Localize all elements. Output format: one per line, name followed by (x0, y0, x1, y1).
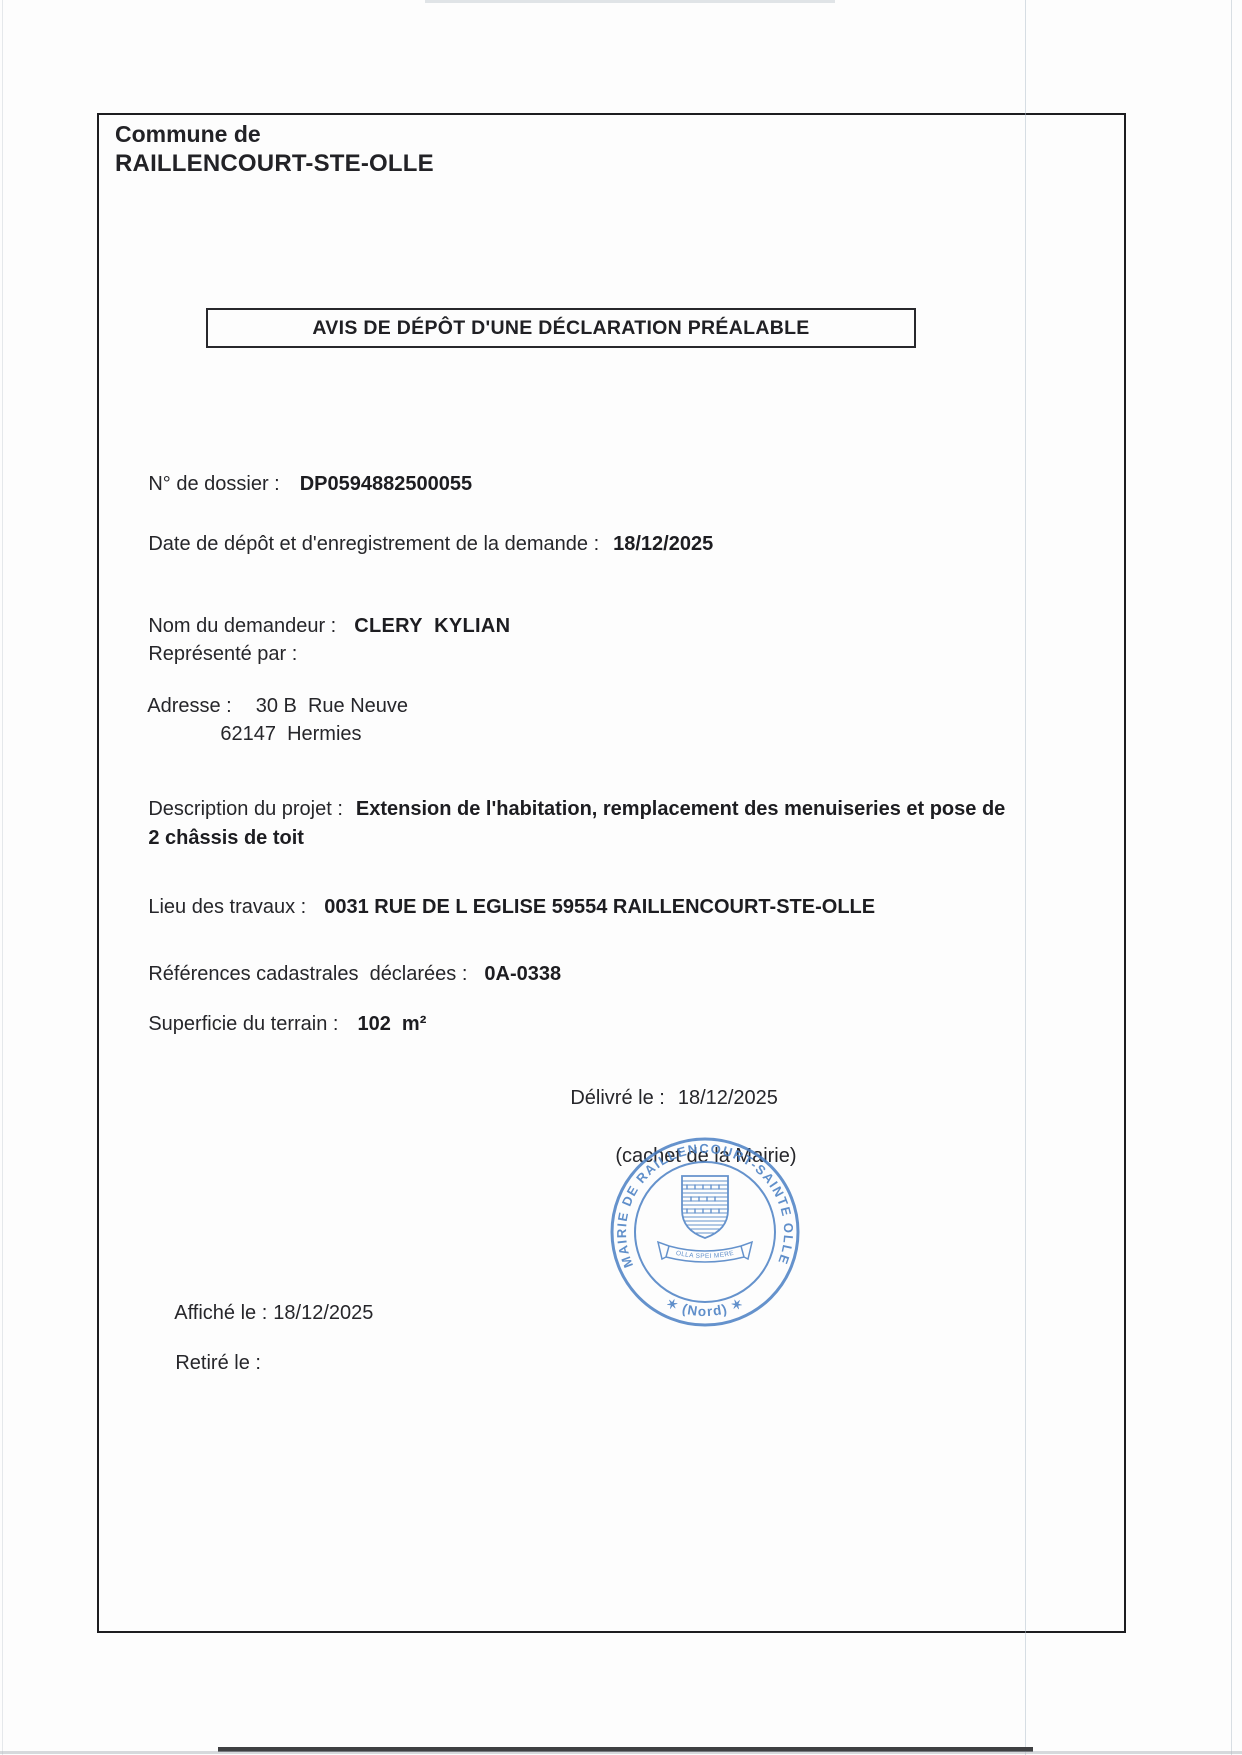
represente-label: Représenté par : (148, 643, 297, 665)
svg-text:✶ (Nord) ✶: ✶ (Nord) ✶ (664, 1295, 746, 1319)
commune-header: Commune de RAILLENCOURT-STE-OLLE (115, 119, 434, 179)
lieu-label: Lieu des travaux : (148, 896, 306, 918)
scanned-document-page: Commune de RAILLENCOURT-STE-OLLE AVIS DE… (0, 0, 1242, 1755)
stamp-outer-circle (612, 1139, 798, 1325)
commune-label: Commune de (115, 119, 434, 149)
demandeur-value: CLERY KYLIAN (354, 615, 510, 637)
description-value-line1: Extension de l'habitation, remplacement … (356, 798, 1005, 820)
cadastre-value: 0A-0338 (484, 963, 561, 985)
field-date-depot: Date de dépôt et d'enregistrement de la … (115, 505, 713, 583)
retire-label: Retiré le : (175, 1352, 261, 1374)
delivre-label: Délivré le : (570, 1087, 664, 1109)
dossier-label: N° de dossier : (148, 473, 279, 495)
delivre-value: 18/12/2025 (678, 1087, 778, 1109)
stamp-shield-hatching (682, 1181, 728, 1233)
commune-name: RAILLENCOURT-STE-OLLE (115, 149, 434, 179)
scan-artifact-vertical-line (2, 0, 3, 1755)
lieu-value: 0031 RUE DE L EGLISE 59554 RAILLENCOURT-… (324, 896, 875, 918)
affiche-label: Affiché le : (174, 1302, 267, 1324)
stamp-inner-circle (635, 1162, 775, 1302)
cadastre-label: Références cadastrales déclarées : (148, 963, 467, 985)
date-depot-value: 18/12/2025 (613, 533, 713, 555)
stamp-ring-text-bottom: ✶ (Nord) ✶ (664, 1295, 746, 1319)
stamp-banner-icon (658, 1242, 752, 1262)
description-value-line2: 2 châssis de toit (148, 827, 304, 849)
field-adresse-line2: 62147 Hermies (187, 695, 362, 773)
scan-artifact-vertical-line (1231, 0, 1232, 1755)
superficie-value: 102 m² (357, 1013, 426, 1035)
mairie-stamp: MAIRIE DE RAILLENCOURT-SAINTE OLLE ✶ (No… (605, 1132, 805, 1332)
document-title: AVIS DE DÉPÔT D'UNE DÉCLARATION PRÉALABL… (312, 317, 809, 340)
field-retire: Retiré le : (142, 1324, 261, 1402)
scan-artifact-vertical-line (1025, 0, 1026, 1755)
field-superficie: Superficie du terrain :102 m² (115, 985, 426, 1063)
scan-artifact-top-edge (425, 0, 835, 3)
stamp-outline-group (612, 1139, 798, 1325)
date-depot-label: Date de dépôt et d'enregistrement de la … (148, 533, 599, 555)
field-description-line2: 2 châssis de toit (115, 799, 304, 877)
superficie-label: Superficie du terrain : (148, 1013, 338, 1035)
document-border-box: Commune de RAILLENCOURT-STE-OLLE AVIS DE… (97, 113, 1126, 1633)
scan-artifact-bottom-edge (0, 1751, 1242, 1754)
document-title-box: AVIS DE DÉPÔT D'UNE DÉCLARATION PRÉALABL… (206, 308, 916, 348)
mairie-stamp-svg: MAIRIE DE RAILLENCOURT-SAINTE OLLE ✶ (No… (605, 1132, 805, 1332)
stamp-text-group: MAIRIE DE RAILLENCOURT-SAINTE OLLE ✶ (No… (614, 1141, 796, 1319)
dossier-value: DP0594882500055 (300, 473, 472, 495)
affiche-value: 18/12/2025 (273, 1302, 373, 1324)
adresse-line2: 62147 Hermies (220, 723, 361, 745)
